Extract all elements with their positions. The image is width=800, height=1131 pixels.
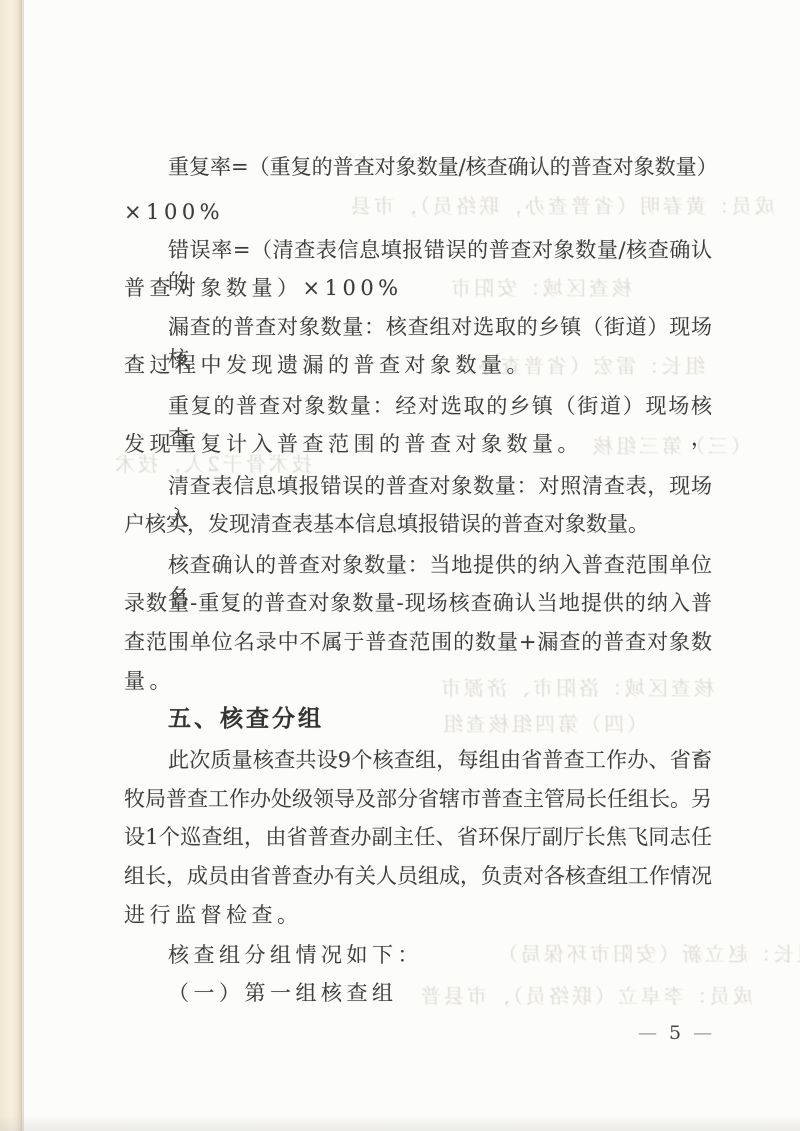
text-line: 户核实，发现清查表基本信息填报错误的普查对象数量。 <box>124 508 712 544</box>
page-number-dash: — <box>638 1022 659 1044</box>
text-line: 设1个巡查组，由省普查办副主任、省环保厅副厅长焦飞同志任 <box>124 821 712 857</box>
page-number-value: 5 <box>659 1022 693 1044</box>
page-number: —5— <box>638 1022 714 1044</box>
scan-edge-seam <box>22 0 24 1131</box>
text-line: 发现重复计入普查范围的普查对象数量。 <box>124 428 712 464</box>
section-heading: 五、核查分组 <box>124 703 712 739</box>
text-line: 核查组分组情况如下： <box>124 939 712 975</box>
text-line: 查过程中发现遗漏的普查对象数量。 <box>124 349 712 385</box>
text-line: 组长，成员由省普查办有关人员组成，负责对各核查组工作情况 <box>124 860 712 896</box>
text-line: ×100% <box>124 196 712 232</box>
text-line: 普查对象数量）×100% <box>124 272 712 308</box>
scan-bottom-shadow <box>0 1115 800 1131</box>
page-number-dash: — <box>693 1022 714 1044</box>
document-body: 重复率=（重复的普查对象数量/核查确认的普查对象数量） ×100% 错误率=（清… <box>0 0 800 1131</box>
scanned-document-page: 成员：黄春明（省普查办，联络员），市县 核查区域：安阳市 组长：雷宏（省普查办）… <box>0 0 800 1131</box>
text-line: 牧局普查工作办处级领导及部分省辖市普查主管局长任组长。另 <box>124 783 712 819</box>
text-line: 查范围单位名录中不属于普查范围的数量+漏查的普查对象数 <box>124 626 712 662</box>
text-line: 重复率=（重复的普查对象数量/核查确认的普查对象数量） <box>124 151 712 187</box>
text-line: 核查确认的普查对象数量：当地提供的纳入普查范围单位名 <box>124 549 712 585</box>
text-line: 错误率=（清查表信息填报错误的普查对象数量/核查确认的 <box>124 234 712 270</box>
text-line: 量。 <box>124 665 712 701</box>
text-line: 进行监督检查。 <box>124 899 712 935</box>
text-line: 重复的普查对象数量：经对选取的乡镇（街道）现场核查， <box>124 390 712 426</box>
text-line: 此次质量核查共设9个核查组，每组由省普查工作办、省畜 <box>124 744 712 780</box>
scan-edge-strip <box>0 0 22 1131</box>
text-line: 漏查的普查对象数量：核查组对选取的乡镇（街道）现场核 <box>124 311 712 347</box>
text-line: 清查表信息填报错误的普查对象数量：对照清查表，现场入 <box>124 470 712 506</box>
text-line: （一）第一组核查组 <box>124 977 712 1013</box>
text-line: 录数量-重复的普查对象数量-现场核查确认当地提供的纳入普 <box>124 587 712 623</box>
